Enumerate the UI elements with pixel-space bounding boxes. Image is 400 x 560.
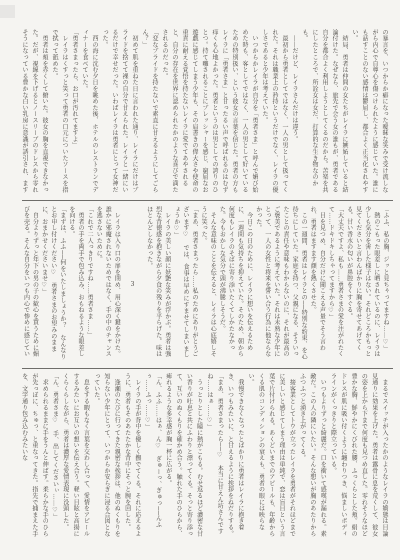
paragraph: 結局、勇者は仲間の女たちがレイラに嫉妬していると結論付けた。なぜなら、旅先で会う… <box>299 29 349 197</box>
text-band-top: の暴言を、いつからか癖になった曖昧な笑みで受け流しながら内心で自尊心を傷つけられ… <box>22 29 389 197</box>
paragraph: の暴言を、いつからか癖になった曖昧な笑みで受け流しながら内心で自尊心を傷つけられ… <box>349 29 389 197</box>
paragraph: ――だけど、レイラさんだけは違う。 <box>289 29 299 197</box>
paragraph: 求められるままに手をうんと伸ばす。柔らかな手のひらが先っぽに、ちゅっ、と重なって… <box>22 373 49 538</box>
section-number: 3 <box>127 206 136 363</box>
paragraph: 我慢できなくなったとばかりに勇者はレイラに抱き着き、いつもみたいに、と甘えるよう… <box>224 373 245 538</box>
band-divider-bottom <box>22 368 393 369</box>
paragraph: 熱のこもった眼差しに晒されているのに、レイラは少しも気分を害した様子はない。それ… <box>344 206 380 363</box>
paragraph: 息をする暇もなく言葉を交わし合って、愛情をアピールするみたいにお互いの想いを伝え… <box>60 373 91 538</box>
paragraph: レイラの美しい顔に妖艶な笑みが浮かぶ。勇者は強烈な背徳感を抱きながら夕食の残りを… <box>143 206 170 363</box>
paragraph: いつからかレイラが自分を「勇者さま」と呼んで媚び始めた時も、客としてではなく、一… <box>159 29 259 197</box>
paragraph: 「ふふ、私の胸、ジッと見ちゃってますね……♡」 <box>380 206 389 363</box>
paragraph: そんな意味のことを伝えると、レイラは心底嬉しそうに笑った。 <box>198 206 216 363</box>
paragraph: 今日この日のために、レイラに想いを伝えるために、一週間も気持ちを抑えていた。その… <box>216 206 252 363</box>
paragraph: 「変なプライドを持たないで素直に甘えるようにしてごらん？」 <box>139 29 159 197</box>
paragraph: 自分よりずっと年下の男の子の歓心を買うために媚びを売る。そんな自分をいつも内心で… <box>22 206 39 363</box>
paragraph: 初めて肌を重ねた日に言われた通り、レイラにだけはプライドを捨てて裸の自分で甘えら… <box>99 29 139 197</box>
paragraph: レイラの手が背中を優しく撫でてくる。それに応えるように、勇者もそのあたたかな背中… <box>121 373 142 538</box>
paragraph: 勇者は頬を赤くして俯いた。彼女の胸を直視できなかった。だが、視線を下げるとノース… <box>22 29 49 197</box>
band-divider-top <box>22 200 393 201</box>
paragraph: うっとりとした瞳に熱がこもる。むせ返るほど濃密な甘い香りが吐息と共にふわりと漂っ… <box>162 373 203 538</box>
paragraph: 「ん、ふふ……はぁ、ん♡ ぎゅーっ、ぎゅっ──んふぅ……ふっ……♡」 <box>142 373 163 538</box>
paragraph: 「まあ、勇者さまったら──♡ 本当に甘えん坊さんですね……はぁ……♡」 <box>204 373 225 538</box>
paragraph: いつもよりずっと綺麗だ。口を衝いて感嘆が漏れる。素敵だ。この人の隣にいたい。そん… <box>296 373 327 538</box>
paragraph: この一週間、勇者はレイラとの──特別な約束、を心待ちにしていた。家庭を持つ、父親… <box>253 206 308 363</box>
scan-artifact <box>0 5 15 18</box>
paragraph: 西の海に沈む夕日を眺めた後、ホテルのレストランでディナーを食べていた。 <box>79 29 99 197</box>
paragraph: 接客業としてトウが立ったレイラを勇者がそれほどまでに美しいと感じてしまう理由は単… <box>245 373 296 538</box>
paragraph: 「大丈夫ですよ、私も……勇者さまの愛を注がれたくて……ドキドキしちゃってますから… <box>325 206 343 363</box>
paragraph: 「これで二人っきりですね……勇者さま……」 <box>84 206 93 363</box>
paragraph: 「まずは、ふふ──何をいたしましょうか？ なんなりとお申し付けください♡ 勇者さ… <box>39 206 66 363</box>
text-band-bottom: まるでスイッチが入ったかのようなレイラの嬌態は目論見通りに効果を上げた。勇者は露… <box>22 373 389 538</box>
paragraph: レイラはくすっと笑って勇者の口元についたソースを指で拭って舐めた。 <box>49 29 69 197</box>
paragraph: まるでスイッチが入ったかのようなレイラの嬌態は目論見通りに効果を上げた。勇者は露… <box>327 373 389 538</box>
paragraph: レイラは入り口の扉を閉め、用心深く鍵をかけた。誰かに邪魔されないためではなく、手… <box>93 206 120 363</box>
paragraph: 「勇者さまったら、お口が汚れてますよ」 <box>69 29 79 197</box>
novel-page: の暴言を、いつからか癖になった曖昧な笑みで受け流しながら内心で自尊心を傷つけられ… <box>0 0 400 560</box>
paragraph: 最初から勇者としてではなく、一人の男として扱ってくれた。それは職業上の矜持という… <box>259 29 289 197</box>
paragraph: 勇者の手を両手で包み込み、おもねるような眼差しを向ける。 <box>66 206 84 363</box>
paragraph: 逢瀬のたびに行ってきた親密な挨拶は、他のぬくもりを知らない少年にとって、いつから… <box>90 373 121 538</box>
paragraph: 「まあ、勇者さまったら……私のためにありがとうございます♡ では、食事は早めにす… <box>171 206 198 363</box>
text-band-middle: 「ふふ、私の胸、ジッと見ちゃってますね……♡」 熱のこもった眼差しに晒されている… <box>22 206 389 363</box>
paragraph: 「ん、勇者さま♡ 手、出してくださいぃ……♡」 <box>49 373 59 538</box>
paragraph: 目を見つめ、自分だけに聞こえる声量でそう言われ、勇者はますます顔を熱くさせた。 <box>307 206 325 363</box>
